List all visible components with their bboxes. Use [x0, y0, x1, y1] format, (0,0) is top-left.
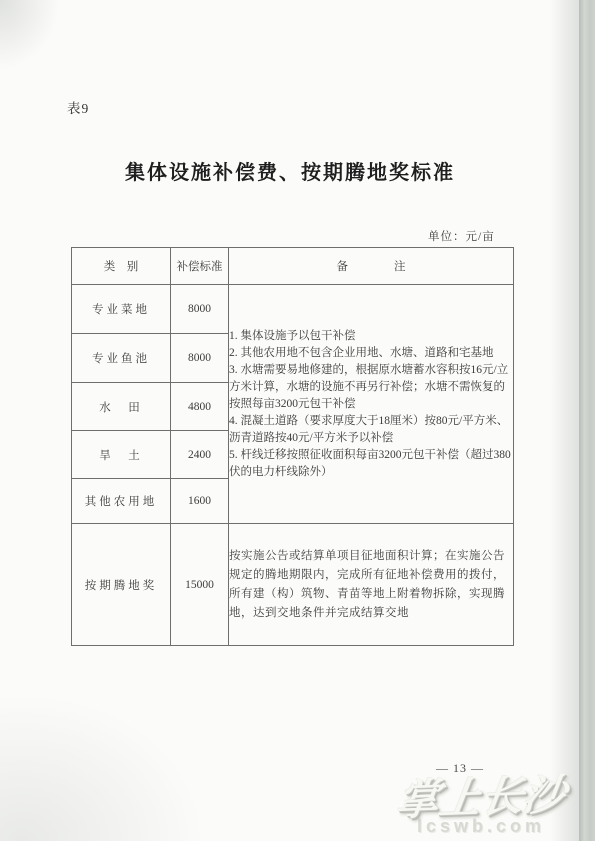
standard-cell: 8000 — [171, 285, 229, 334]
header-remarks: 备 注 — [229, 248, 514, 285]
standard-cell: 15000 — [171, 524, 229, 646]
remarks-notes-cell: 1. 集体设施予以包干补偿 2. 其他农用地不包含企业用地、水塘、道路和宅基地 … — [229, 285, 514, 524]
note-item: 1. 集体设施予以包干补偿 — [229, 328, 513, 345]
standard-cell: 4800 — [171, 383, 229, 431]
document-title: 集体设施补偿费、按期腾地奖标准 — [0, 156, 580, 185]
note-item: 2. 其他农用地不包含企业用地、水塘、道路和宅基地 — [229, 345, 513, 362]
table-number-label: 表9 — [67, 97, 89, 117]
scanned-document-page: 表9 集体设施补偿费、按期腾地奖标准 单位：元/亩 类 别 补偿标准 备 注 专… — [0, 0, 595, 841]
table-row: 按期腾地奖 15000 按实施公告或结算单项目征地面积计算；在实施公告规定的腾地… — [72, 524, 514, 646]
watermark-logo-text: 掌上长沙 — [394, 773, 568, 823]
standard-cell: 2400 — [171, 431, 229, 479]
note-item: 4. 混凝土道路（要求厚度大于18厘米）按80元/平方米、沥青道路按40元/平方… — [229, 413, 513, 447]
standard-cell: 1600 — [171, 479, 229, 524]
table-header-row: 类 别 补偿标准 备 注 — [72, 248, 514, 285]
category-cell: 专业菜地 — [72, 285, 171, 334]
reward-remark-cell: 按实施公告或结算单项目征地面积计算；在实施公告规定的腾地期限内，完成所有征地补偿… — [229, 524, 514, 646]
page-edge-band — [579, 0, 595, 841]
scan-corner-shadow-bottom-left — [0, 681, 220, 841]
compensation-table: 类 别 补偿标准 备 注 专业菜地 8000 1. 集体设施予以包干补偿 2. … — [71, 247, 514, 646]
table-row: 专业菜地 8000 1. 集体设施予以包干补偿 2. 其他农用地不包含企业用地、… — [72, 285, 514, 334]
category-cell: 专业鱼池 — [72, 334, 171, 383]
unit-label: 单位：元/亩 — [428, 228, 495, 244]
category-cell: 按期腾地奖 — [72, 524, 171, 646]
header-category: 类 别 — [72, 248, 171, 285]
page-curl-shading — [550, 0, 580, 841]
note-item: 5. 杆线迁移按照征收面积每亩3200元包干补偿（超过380伏的电力杆线除外） — [229, 447, 513, 481]
standard-cell: 8000 — [171, 334, 229, 383]
header-standard: 补偿标准 — [171, 248, 229, 285]
category-cell: 旱 土 — [72, 431, 171, 479]
scan-corner-shadow-top-left — [0, 0, 60, 70]
note-item: 3. 水塘需要易地修建的，根据原水塘蓄水容积按16元/立方米计算，水塘的设施不再… — [229, 362, 513, 413]
category-cell: 其他农用地 — [72, 479, 171, 524]
watermark: 掌上长沙 lcswb.com — [397, 776, 565, 837]
category-cell: 水 田 — [72, 383, 171, 431]
